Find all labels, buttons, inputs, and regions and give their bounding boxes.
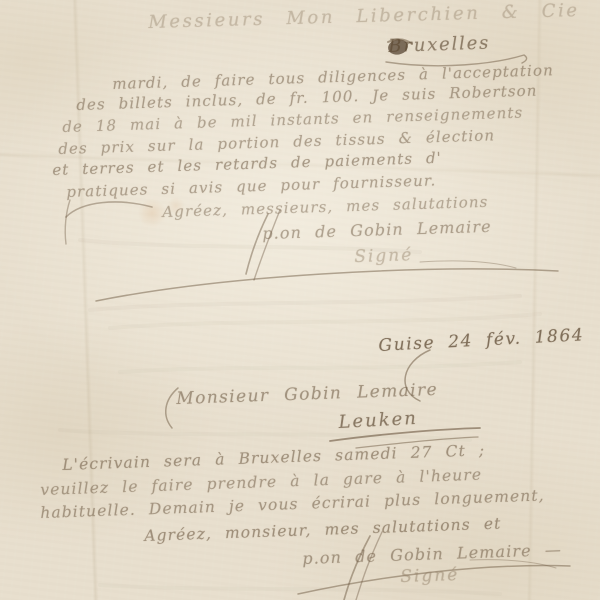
recipient-city: Leuken <box>338 408 418 433</box>
date-line: Guise 24 fév. 1864 <box>378 325 585 356</box>
salutation-line-1: Agréez, messieurs, mes salutations <box>162 193 489 221</box>
letter-scan: Messieurs Mon Liberchien & Cie Bruxelles… <box>0 0 600 600</box>
heading-addressee: Messieurs Mon Liberchien & Cie <box>148 0 580 33</box>
salutation-line-2: Agréez, monsieur, mes salutations et <box>144 515 502 545</box>
paraph-ff-2 <box>344 536 370 600</box>
signature-signe-1: Signé <box>354 245 414 267</box>
recipient-name: Monsieur Gobin Lemaire <box>176 380 438 409</box>
heading-city: Bruxelles <box>388 32 491 57</box>
signe1-underline <box>96 269 558 301</box>
signature-name-1: p.on de Gobin Lemaire <box>262 217 492 243</box>
signature-signe-2: Signé <box>400 565 460 587</box>
bleed-through-strokes <box>60 240 540 594</box>
closing1-dash <box>66 202 152 217</box>
signature-name-2: p.on de Gobin Lemaire — <box>302 540 562 568</box>
